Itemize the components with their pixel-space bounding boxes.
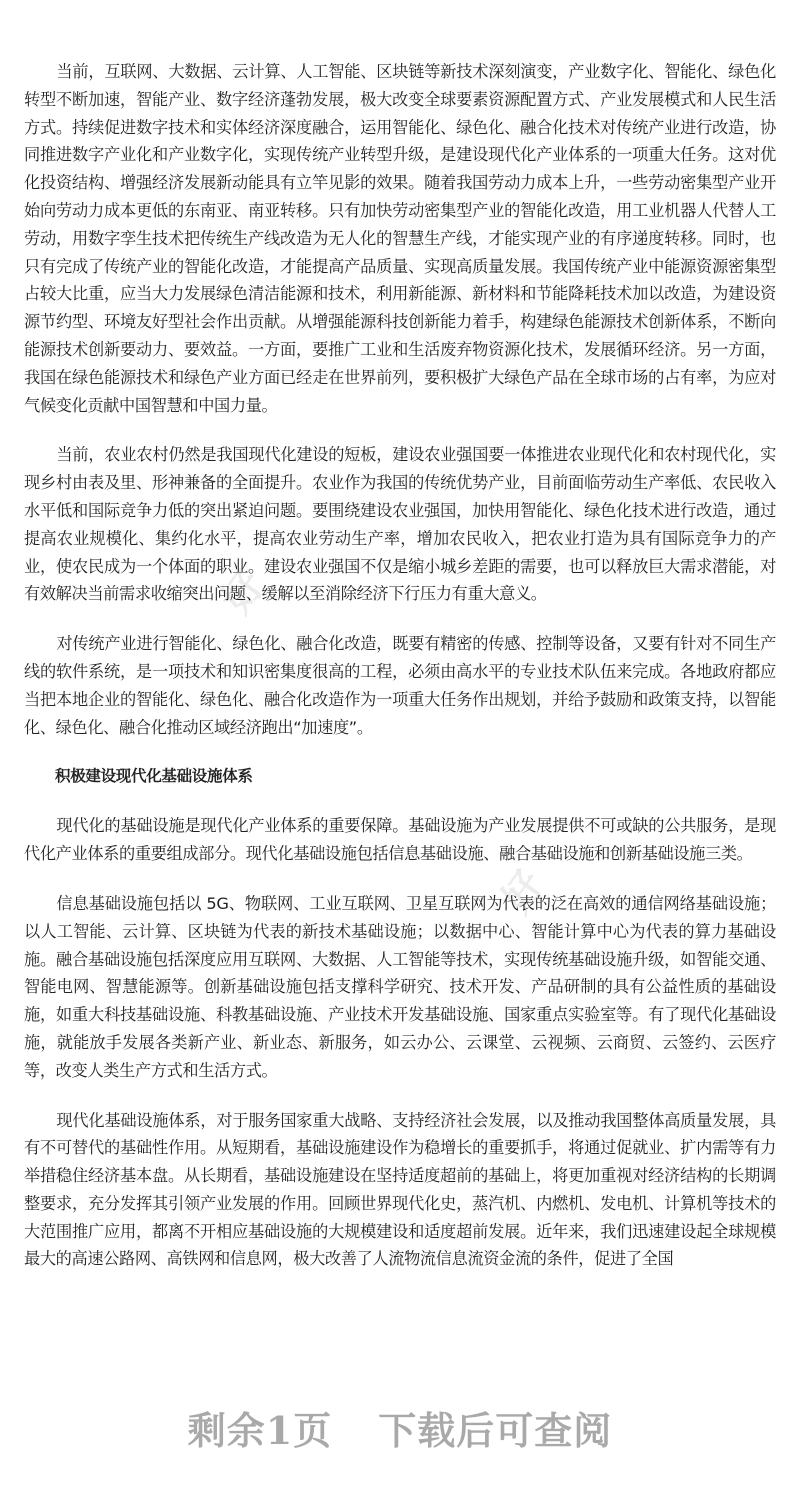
document-body: 当前，互联网、大数据、云计算、人工智能、区块链等新技术深刻演变，产业数字化、智能… bbox=[24, 58, 776, 1295]
paragraph: 当前，互联网、大数据、云计算、人工智能、区块链等新技术深刻演变，产业数字化、智能… bbox=[24, 58, 776, 419]
section-heading: 积极建设现代化基础设施体系 bbox=[24, 763, 776, 790]
download-prompt-banner[interactable]: 剩余1页下载后可查阅 bbox=[0, 1400, 800, 1455]
paragraph: 对传统产业进行智能化、绿色化、融合化改造，既要有精密的传感、控制等设备，又要有针… bbox=[24, 630, 776, 741]
paragraph: 现代化的基础设施是现代化产业体系的重要保障。基础设施为产业发展提供不可或缺的公共… bbox=[24, 812, 776, 868]
paragraph: 当前，农业农村仍然是我国现代化建设的短板，建设农业强国要一体推进农业现代化和农村… bbox=[24, 441, 776, 608]
download-to-view-label[interactable]: 下载后可查阅 bbox=[378, 1400, 612, 1455]
remaining-pages-label: 剩余1页 bbox=[188, 1400, 332, 1455]
paragraph: 现代化基础设施体系，对于服务国家重大战略、支持经济社会发展，以及推动我国整体高质… bbox=[24, 1107, 776, 1274]
paragraph: 信息基础设施包括以 5G、物联网、工业互联网、卫星互联网为代表的泛在高效的通信网… bbox=[24, 890, 776, 1085]
